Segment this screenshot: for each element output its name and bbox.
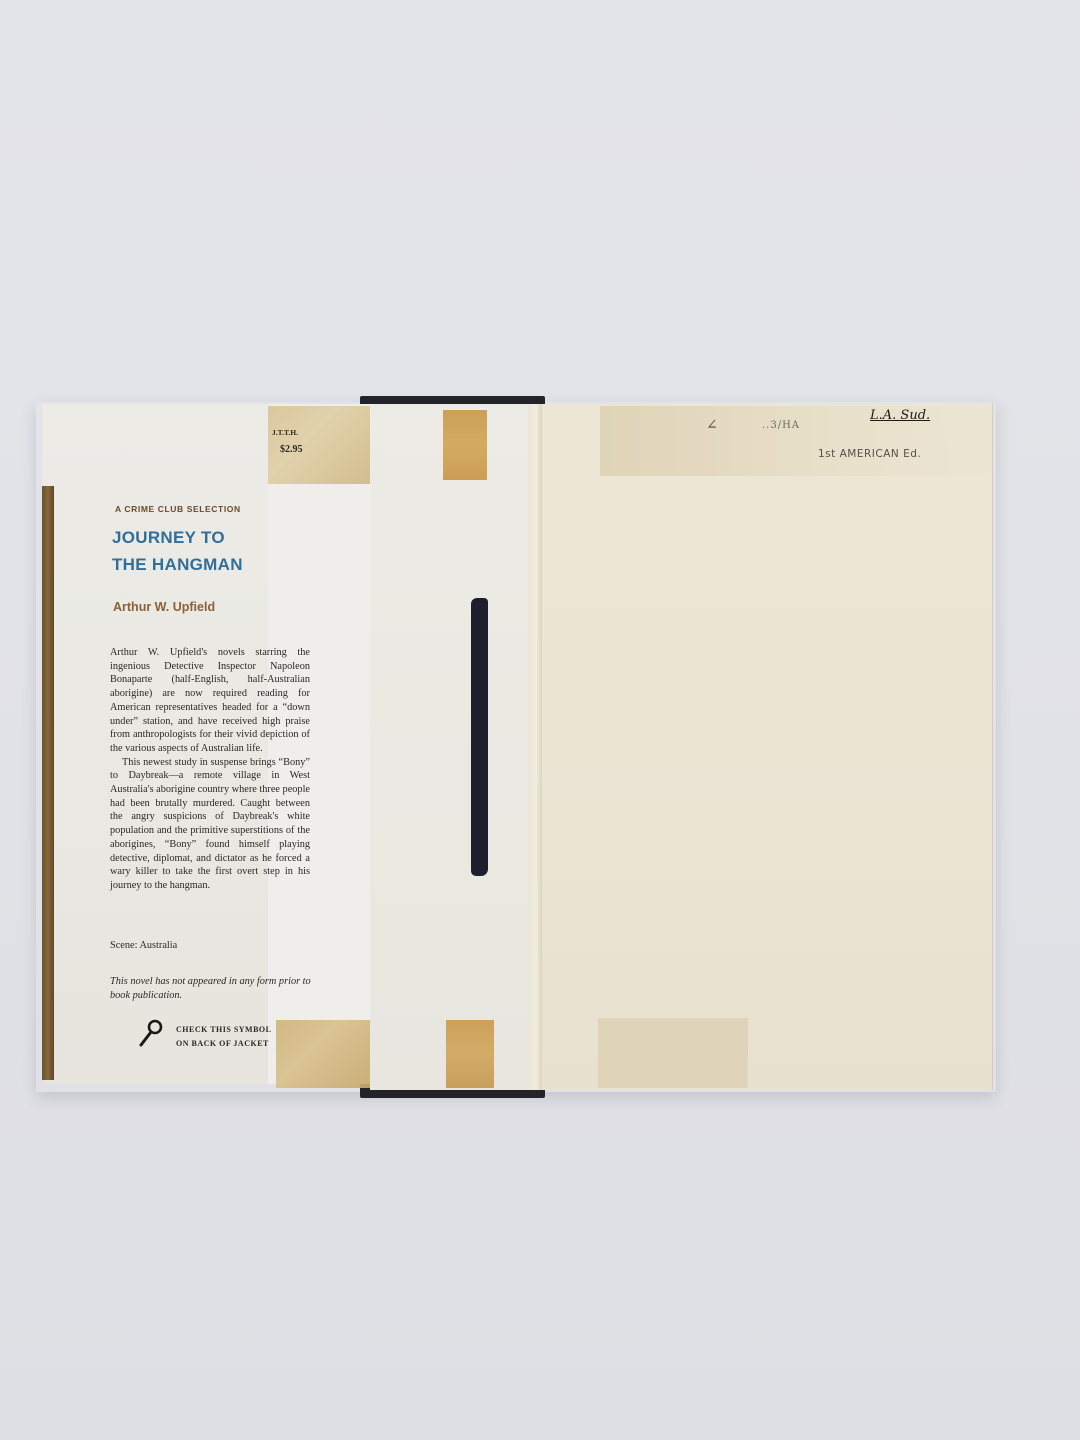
tape-bottom-left	[276, 1020, 370, 1088]
pencil-mark: ∠	[706, 417, 718, 433]
tape-top-right	[443, 410, 487, 480]
scene-label: Scene: Australia	[110, 940, 177, 951]
author-name: Arthur W. Upfield	[113, 600, 215, 614]
ink-stroke-mark	[471, 598, 488, 876]
pencil-code: ..3/HA	[762, 420, 800, 431]
magnifying-glass-icon	[137, 1018, 165, 1048]
price-label: $2.95	[280, 444, 303, 455]
edition-note: 1st AMERICAN Ed.	[818, 448, 921, 460]
tape-stain-top	[600, 406, 1020, 476]
book-title-line-2: THE HANGMAN	[112, 555, 243, 575]
tape-stain-bottom	[598, 1018, 748, 1088]
tape-bottom-right	[446, 1020, 494, 1088]
blurb-paragraph-2: This newest study in suspense brings “Bo…	[110, 756, 310, 893]
series-label: A CRIME CLUB SELECTION	[115, 504, 241, 514]
blurb: Arthur W. Upfield's novels starring the …	[110, 646, 310, 893]
price-code: J.T.T.H.	[272, 428, 298, 437]
owner-signature: L.A. Sud.	[870, 408, 930, 423]
check-symbol-line-2: ON BACK OF JACKET	[176, 1037, 271, 1051]
check-symbol-line-1: CHECK THIS SYMBOL	[176, 1023, 271, 1037]
jacket-back-panel	[370, 404, 533, 1090]
blurb-paragraph-1: Arthur W. Upfield's novels starring the …	[110, 646, 310, 756]
front-endpaper	[542, 404, 993, 1090]
check-symbol-note: CHECK THIS SYMBOL ON BACK OF JACKET	[176, 1023, 271, 1051]
publication-note: This novel has not appeared in any form …	[110, 975, 315, 1002]
book-title-line-1: JOURNEY TO	[112, 528, 225, 548]
jacket-fold-edge	[528, 404, 542, 1090]
jacket-flap-edge	[42, 486, 54, 1080]
